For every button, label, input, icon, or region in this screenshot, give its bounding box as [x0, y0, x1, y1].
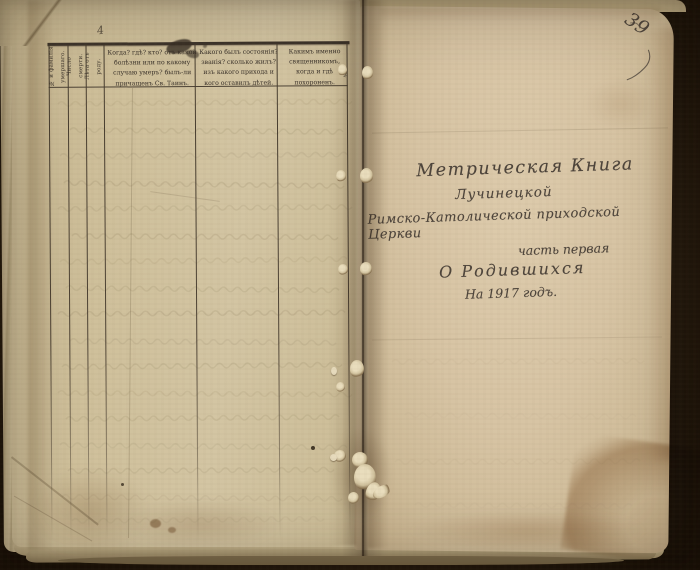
paper-chip — [330, 454, 337, 461]
binding-hole — [350, 360, 364, 378]
handwritten-title-block: Метрическая Книга Лучинецкой Римско-Като… — [366, 153, 676, 305]
paper-chip — [331, 367, 337, 375]
table-column-line — [67, 45, 71, 541]
table-column-line — [85, 45, 89, 541]
title-line-section: О Родившихся — [359, 255, 665, 284]
table-column-line — [103, 45, 107, 541]
binding-hole — [338, 264, 348, 275]
binding-hole — [336, 170, 346, 182]
register-table: № и фамилія умершаго. Число смерти. Лѣта… — [48, 41, 350, 541]
title-line-church: Римско-Католической приходской Церкви — [367, 203, 674, 243]
binding-hole — [362, 66, 373, 80]
column-header-status-family: Какого былъ состоянія? званія? сколько ж… — [195, 45, 283, 88]
binding-hole — [336, 382, 345, 392]
title-line-parish: Лучинецкой — [351, 181, 657, 207]
column-header-age: Лѣта отъ роду. — [86, 46, 102, 87]
page-stack-bottom-edge — [58, 556, 624, 565]
table-column-line — [194, 44, 198, 540]
page-corner-flap — [0, 0, 66, 46]
binding-hole — [348, 492, 359, 504]
binding-hole — [360, 262, 372, 276]
book-scan: № и фамилія умершаго. Число смерти. Лѣта… — [0, 0, 700, 570]
binding-hole — [338, 64, 347, 76]
table-column-line — [276, 44, 280, 540]
binding-hole — [360, 168, 373, 184]
